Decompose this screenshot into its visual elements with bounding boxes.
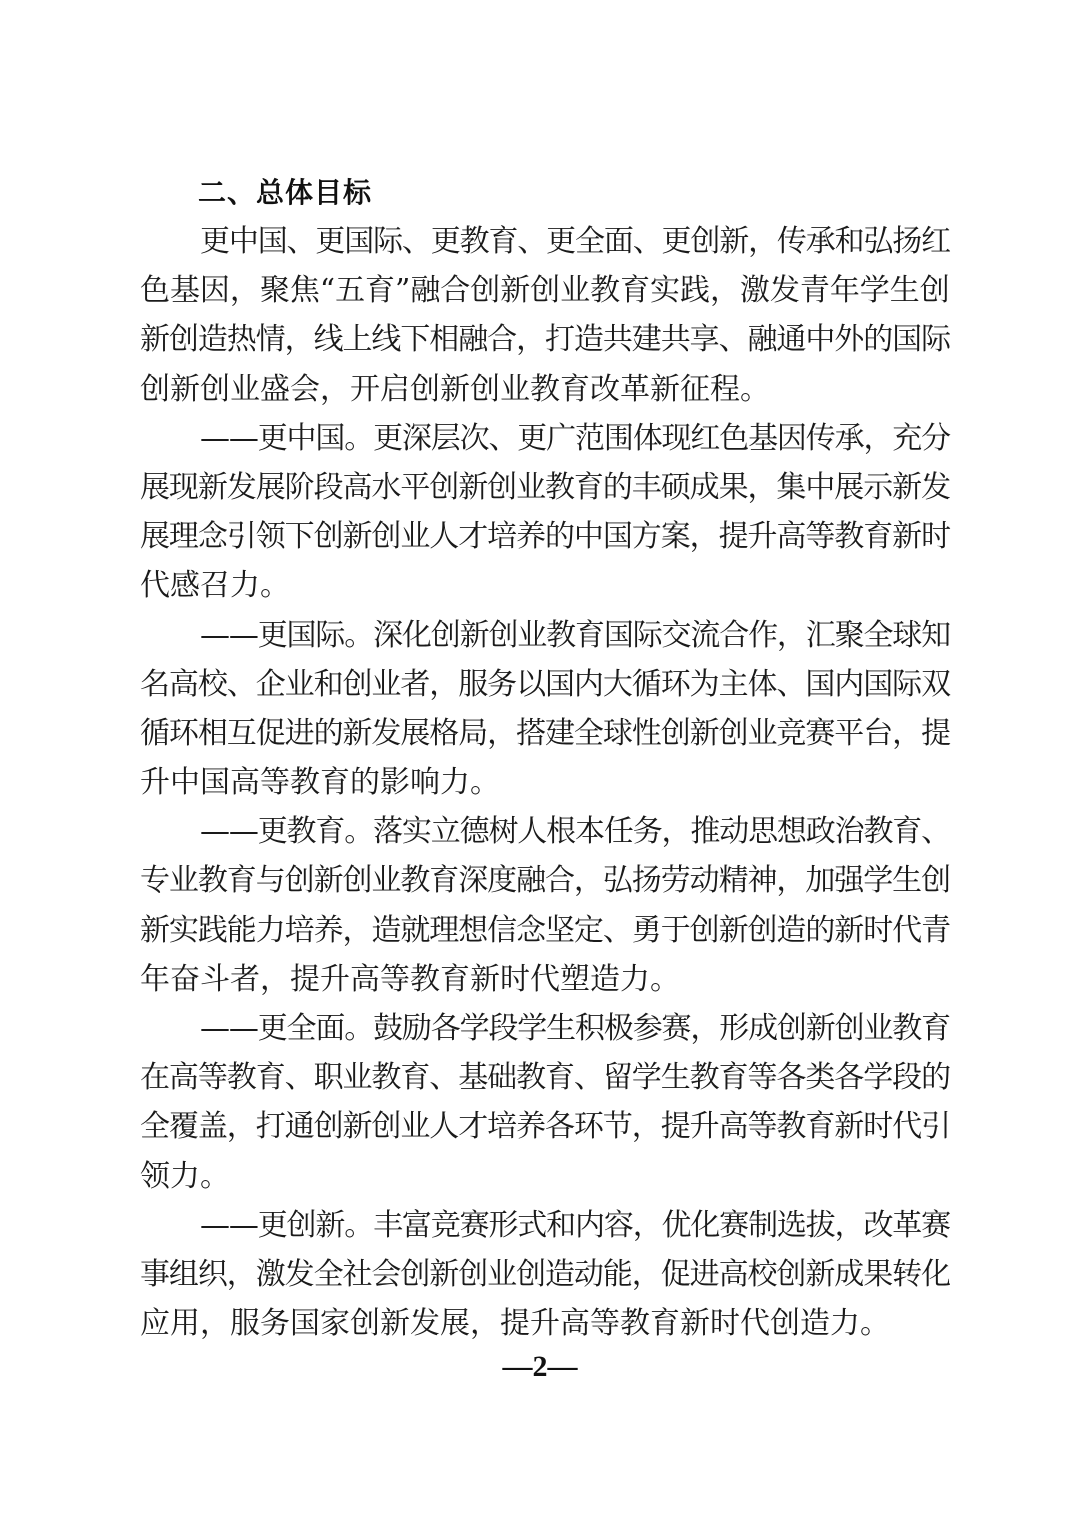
text-line: 展现新发展阶段高水平创新创业教育的丰硕成果，集中展示新发	[140, 463, 950, 512]
text-line: ——更中国。更深层次、更广范围体现红色基因传承，充分	[140, 414, 950, 463]
text-line: 新创造热情，线上线下相融合，打造共建共享、融通中外的国际	[140, 315, 950, 364]
text-line: 新实践能力培养，造就理想信念坚定、勇于创新创造的新时代青	[140, 906, 950, 955]
paragraph-more-china: ——更中国。更深层次、更广范围体现红色基因传承，充分 展现新发展阶段高水平创新创…	[140, 414, 950, 611]
text-line: 更中国、更国际、更教育、更全面、更创新，传承和弘扬红	[140, 217, 950, 266]
text-line: 在高等教育、职业教育、基础教育、留学生教育等各类各学段的	[140, 1053, 950, 1102]
text-line: 专业教育与创新创业教育深度融合，弘扬劳动精神，加强学生创	[140, 856, 950, 905]
paragraph-more-international: ——更国际。深化创新创业教育国际交流合作，汇聚全球知 名高校、企业和创业者，服务…	[140, 611, 950, 808]
document-page: 二、总体目标 更中国、更国际、更教育、更全面、更创新，传承和弘扬红 色基因，聚焦…	[140, 168, 950, 1348]
paragraph-more-innovative: ——更创新。丰富竞赛形式和内容，优化赛制选拔，改革赛 事组织，激发全社会创新创业…	[140, 1201, 950, 1349]
text-line: 名高校、企业和创业者，服务以国内大循环为主体、国内国际双	[140, 660, 950, 709]
text-line: 循环相互促进的新发展格局，搭建全球性创新创业竞赛平台，提	[140, 709, 950, 758]
text-line: 创新创业盛会，开启创新创业教育改革新征程。	[140, 365, 950, 414]
text-line: ——更教育。落实立德树人根本任务，推动思想政治教育、	[140, 807, 950, 856]
text-line: 年奋斗者，提升高等教育新时代塑造力。	[140, 955, 950, 1004]
text-line: 全覆盖，打通创新创业人才培养各环节，提升高等教育新时代引	[140, 1102, 950, 1151]
text-line: 代感召力。	[140, 561, 950, 610]
text-line: ——更国际。深化创新创业教育国际交流合作，汇聚全球知	[140, 611, 950, 660]
paragraph-more-education: ——更教育。落实立德树人根本任务，推动思想政治教育、 专业教育与创新创业教育深度…	[140, 807, 950, 1004]
text-line: 事组织，激发全社会创新创业创造动能，促进高校创新成果转化	[140, 1250, 950, 1299]
text-line: 色基因，聚焦“五育”融合创新创业教育实践，激发青年学生创	[140, 266, 950, 315]
text-line: ——更创新。丰富竞赛形式和内容，优化赛制选拔，改革赛	[140, 1201, 950, 1250]
text-line: ——更全面。鼓励各学段学生积极参赛，形成创新创业教育	[140, 1004, 950, 1053]
paragraph-overview: 更中国、更国际、更教育、更全面、更创新，传承和弘扬红 色基因，聚焦“五育”融合创…	[140, 217, 950, 414]
text-line: 领力。	[140, 1152, 950, 1201]
text-line: 升中国高等教育的影响力。	[140, 758, 950, 807]
text-line: 展理念引领下创新创业人才培养的中国方案，提升高等教育新时	[140, 512, 950, 561]
paragraph-more-comprehensive: ——更全面。鼓励各学段学生积极参赛，形成创新创业教育 在高等教育、职业教育、基础…	[140, 1004, 950, 1201]
page-number: —2—	[0, 1347, 1080, 1387]
text-line: 应用，服务国家创新发展，提升高等教育新时代创造力。	[140, 1299, 950, 1348]
section-heading: 二、总体目标	[140, 168, 950, 217]
